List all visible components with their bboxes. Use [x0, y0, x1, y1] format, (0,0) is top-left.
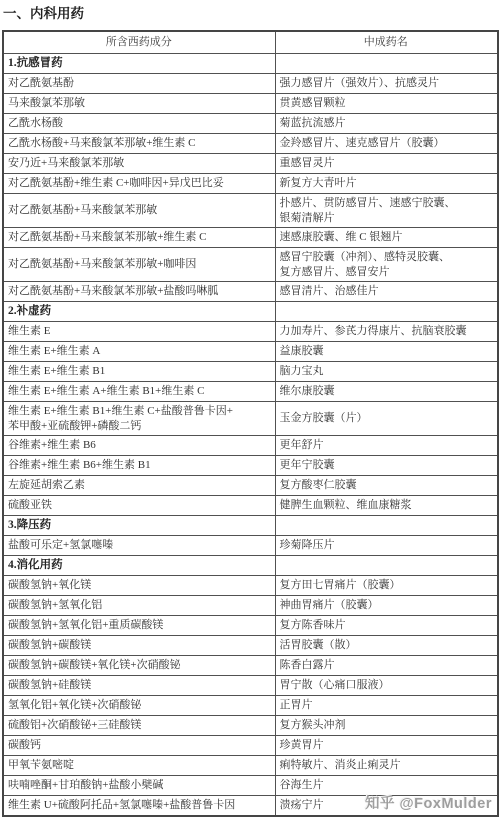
medicine-name-cell: 扑感片、贯防感冒片、速感宁胶囊、 银菊清解片 — [275, 194, 498, 228]
section-row: 1.抗感冒药 — [3, 54, 498, 74]
table-row: 对乙酰氨基酚+维生素 C+咖啡因+异戊巴比妥新复方大青叶片 — [3, 174, 498, 194]
table-row: 盐酸可乐定+氢氯噻嗪珍菊降压片 — [3, 536, 498, 556]
medicine-name-cell: 新复方大青叶片 — [275, 174, 498, 194]
ingredient-cell: 对乙酰氨基酚+马来酸氯苯那敏 — [3, 194, 275, 228]
table-row: 马来酸氯苯那敏贯黄感冒颗粒 — [3, 94, 498, 114]
medicine-name-cell: 维尔康胶囊 — [275, 382, 498, 402]
table-body: 1.抗感冒药对乙酰氨基酚强力感冒片（强效片）、抗感灵片马来酸氯苯那敏贯黄感冒颗粒… — [3, 54, 498, 817]
ingredient-cell: 对乙酰氨基酚+维生素 C+咖啡因+异戊巴比妥 — [3, 174, 275, 194]
section-title-cell: 3.降压药 — [3, 516, 275, 536]
medicine-name-cell: 力加寿片、参芪力得康片、抗脑衰胶囊 — [275, 322, 498, 342]
medicine-name-cell: 复方田七胃痛片（胶囊） — [275, 576, 498, 596]
medicine-name-cell: 速感康胶囊、维 C 银翘片 — [275, 228, 498, 248]
medicine-name-cell: 活胃胶囊（散） — [275, 636, 498, 656]
table-row: 维生素 E力加寿片、参芪力得康片、抗脑衰胶囊 — [3, 322, 498, 342]
watermark: 知乎 @FoxMulder — [365, 792, 492, 813]
ingredient-cell: 维生素 E+维生素 A+维生素 B1+维生素 C — [3, 382, 275, 402]
medicine-name-cell: 复方酸枣仁胶囊 — [275, 476, 498, 496]
medicine-name-cell: 痢特敏片、消炎止痢灵片 — [275, 756, 498, 776]
section-empty-cell — [275, 54, 498, 74]
medicine-name-cell: 珍菊降压片 — [275, 536, 498, 556]
section-title-cell: 1.抗感冒药 — [3, 54, 275, 74]
table-row: 乙酰水杨酸+马来酸氯苯那敏+维生素 C金羚感冒片、速克感冒片（胶囊） — [3, 134, 498, 154]
medicine-name-cell: 复方陈香味片 — [275, 616, 498, 636]
ingredient-cell: 谷维素+维生素 B6 — [3, 436, 275, 456]
medicine-name-cell: 健脾生血颗粒、维血康糖浆 — [275, 496, 498, 516]
table-row: 碳酸氢钠+碳酸镁+氧化镁+次硝酸铋陈香白露片 — [3, 656, 498, 676]
ingredient-cell: 碳酸钙 — [3, 736, 275, 756]
ingredient-cell: 对乙酰氨基酚+马来酸氯苯那敏+维生素 C — [3, 228, 275, 248]
table-row: 硫酸铝+次硝酸铋+三硅酸镁复方猴头冲剂 — [3, 716, 498, 736]
table-row: 碳酸氢钠+氧化镁复方田七胃痛片（胶囊） — [3, 576, 498, 596]
table-row: 对乙酰氨基酚+马来酸氯苯那敏+盐酸吗啉胍感冒清片、治感佳片 — [3, 282, 498, 302]
table-row: 左旋延胡索乙素复方酸枣仁胶囊 — [3, 476, 498, 496]
section-empty-cell — [275, 556, 498, 576]
table-row: 维生素 E+维生素 A+维生素 B1+维生素 C维尔康胶囊 — [3, 382, 498, 402]
ingredient-cell: 碳酸氢钠+氧化镁 — [3, 576, 275, 596]
ingredient-cell: 乙酰水杨酸+马来酸氯苯那敏+维生素 C — [3, 134, 275, 154]
table-row: 乙酰水杨酸菊蓝抗流感片 — [3, 114, 498, 134]
ingredient-cell: 对乙酰氨基酚 — [3, 74, 275, 94]
page-title: 一、内科用药 — [0, 0, 500, 22]
table-row: 对乙酰氨基酚+马来酸氯苯那敏+维生素 C速感康胶囊、维 C 银翘片 — [3, 228, 498, 248]
ingredient-cell: 谷维素+维生素 B6+维生素 B1 — [3, 456, 275, 476]
ingredient-cell: 安乃近+马来酸氯苯那敏 — [3, 154, 275, 174]
table-row: 维生素 E+维生素 A益康胶囊 — [3, 342, 498, 362]
table-row: 安乃近+马来酸氯苯那敏重感冒灵片 — [3, 154, 498, 174]
table-row: 维生素 E+维生素 B1脑力宝丸 — [3, 362, 498, 382]
medicine-name-cell: 贯黄感冒颗粒 — [275, 94, 498, 114]
ingredient-cell: 甲氧苄氨嘧啶 — [3, 756, 275, 776]
table-row: 对乙酰氨基酚强力感冒片（强效片）、抗感灵片 — [3, 74, 498, 94]
ingredient-cell: 维生素 U+硫酸阿托品+氢氯噻嗪+盐酸普鲁卡因 — [3, 796, 275, 817]
medicine-name-cell: 菊蓝抗流感片 — [275, 114, 498, 134]
medicine-name-cell: 陈香白露片 — [275, 656, 498, 676]
ingredient-cell: 碳酸氢钠+氢氧化铝 — [3, 596, 275, 616]
ingredient-cell: 对乙酰氨基酚+马来酸氯苯那敏+咖啡因 — [3, 248, 275, 282]
ingredient-cell: 硫酸铝+次硝酸铋+三硅酸镁 — [3, 716, 275, 736]
section-title-cell: 2.补虚药 — [3, 302, 275, 322]
table-row: 对乙酰氨基酚+马来酸氯苯那敏+咖啡因感冒宁胶囊（冲剂）、感特灵胶囊、 复方感冒片… — [3, 248, 498, 282]
ingredient-cell: 碳酸氢钠+硅酸镁 — [3, 676, 275, 696]
ingredient-cell: 维生素 E — [3, 322, 275, 342]
medicine-name-cell: 玉金方胶囊（片） — [275, 402, 498, 436]
section-empty-cell — [275, 302, 498, 322]
section-row: 3.降压药 — [3, 516, 498, 536]
table-row: 碳酸氢钠+硅酸镁胃宁散（心痛口服液） — [3, 676, 498, 696]
medicine-name-cell: 正胃片 — [275, 696, 498, 716]
ingredient-cell: 乙酰水杨酸 — [3, 114, 275, 134]
table-row: 对乙酰氨基酚+马来酸氯苯那敏扑感片、贯防感冒片、速感宁胶囊、 银菊清解片 — [3, 194, 498, 228]
ingredient-cell: 呋喃唑酮+甘珀酸钠+盐酸小檗碱 — [3, 776, 275, 796]
medicine-name-cell: 感冒清片、治感佳片 — [275, 282, 498, 302]
table-header: 所含西药成分 中成药名 — [3, 31, 498, 54]
medicine-name-cell: 复方猴头冲剂 — [275, 716, 498, 736]
table-row: 碳酸钙珍黄胃片 — [3, 736, 498, 756]
medicine-name-cell: 强力感冒片（强效片）、抗感灵片 — [275, 74, 498, 94]
medicine-name-cell: 脑力宝丸 — [275, 362, 498, 382]
table-row: 谷维素+维生素 B6更年舒片 — [3, 436, 498, 456]
medicine-table: 所含西药成分 中成药名 1.抗感冒药对乙酰氨基酚强力感冒片（强效片）、抗感灵片马… — [2, 30, 499, 817]
table-row: 碳酸氢钠+碳酸镁活胃胶囊（散） — [3, 636, 498, 656]
header-row: 所含西药成分 中成药名 — [3, 31, 498, 54]
table-row: 碳酸氢钠+氢氧化铝神曲胃痛片（胶囊） — [3, 596, 498, 616]
ingredient-cell: 对乙酰氨基酚+马来酸氯苯那敏+盐酸吗啉胍 — [3, 282, 275, 302]
medicine-name-cell: 益康胶囊 — [275, 342, 498, 362]
section-row: 2.补虚药 — [3, 302, 498, 322]
ingredient-cell: 维生素 E+维生素 B1+维生素 C+盐酸普鲁卡因+ 苯甲酸+亚硫酸钾+磷酸二钙 — [3, 402, 275, 436]
ingredient-cell: 硫酸亚铁 — [3, 496, 275, 516]
table-row: 维生素 E+维生素 B1+维生素 C+盐酸普鲁卡因+ 苯甲酸+亚硫酸钾+磷酸二钙… — [3, 402, 498, 436]
ingredient-cell: 左旋延胡索乙素 — [3, 476, 275, 496]
column-header-cn-medicine: 中成药名 — [275, 31, 498, 54]
medicine-name-cell: 感冒宁胶囊（冲剂）、感特灵胶囊、 复方感冒片、感冒安片 — [275, 248, 498, 282]
table-row: 硫酸亚铁健脾生血颗粒、维血康糖浆 — [3, 496, 498, 516]
section-title-cell: 4.消化用药 — [3, 556, 275, 576]
watermark-text: 知乎 @FoxMulder — [365, 796, 492, 812]
medicine-name-cell: 重感冒灵片 — [275, 154, 498, 174]
medicine-name-cell: 胃宁散（心痛口服液） — [275, 676, 498, 696]
medicine-name-cell: 更年舒片 — [275, 436, 498, 456]
ingredient-cell: 马来酸氯苯那敏 — [3, 94, 275, 114]
table-row: 氢氧化铝+氧化镁+次硝酸铋正胃片 — [3, 696, 498, 716]
ingredient-cell: 盐酸可乐定+氢氯噻嗪 — [3, 536, 275, 556]
table-row: 甲氧苄氨嘧啶痢特敏片、消炎止痢灵片 — [3, 756, 498, 776]
medicine-name-cell: 神曲胃痛片（胶囊） — [275, 596, 498, 616]
section-row: 4.消化用药 — [3, 556, 498, 576]
ingredient-cell: 碳酸氢钠+氢氧化铝+重质碳酸镁 — [3, 616, 275, 636]
table-row: 碳酸氢钠+氢氧化铝+重质碳酸镁复方陈香味片 — [3, 616, 498, 636]
ingredient-cell: 碳酸氢钠+碳酸镁+氧化镁+次硝酸铋 — [3, 656, 275, 676]
medicine-name-cell: 珍黄胃片 — [275, 736, 498, 756]
medicine-name-cell: 更年宁胶囊 — [275, 456, 498, 476]
ingredient-cell: 维生素 E+维生素 B1 — [3, 362, 275, 382]
section-empty-cell — [275, 516, 498, 536]
ingredient-cell: 维生素 E+维生素 A — [3, 342, 275, 362]
ingredient-cell: 氢氧化铝+氧化镁+次硝酸铋 — [3, 696, 275, 716]
table-row: 谷维素+维生素 B6+维生素 B1更年宁胶囊 — [3, 456, 498, 476]
medicine-name-cell: 金羚感冒片、速克感冒片（胶囊） — [275, 134, 498, 154]
ingredient-cell: 碳酸氢钠+碳酸镁 — [3, 636, 275, 656]
column-header-west-ingredients: 所含西药成分 — [3, 31, 275, 54]
